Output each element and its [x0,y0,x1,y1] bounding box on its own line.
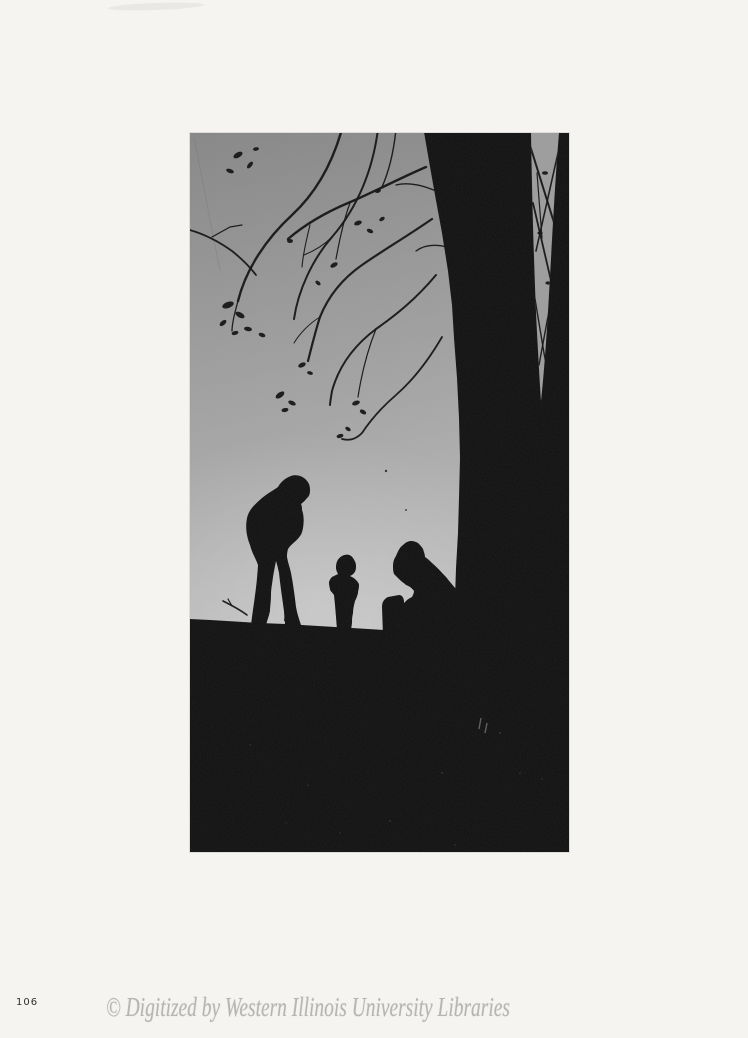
scanned-page: 106 © Digitized by Western Illinois Univ… [0,0,748,1038]
film-grain [190,133,569,852]
silhouette-photo-illustration [190,133,569,852]
photo [190,133,569,852]
watermark: © Digitized by Western Illinois Universi… [106,992,510,1023]
page-number: 106 [16,997,38,1008]
scan-artifact [108,1,204,11]
